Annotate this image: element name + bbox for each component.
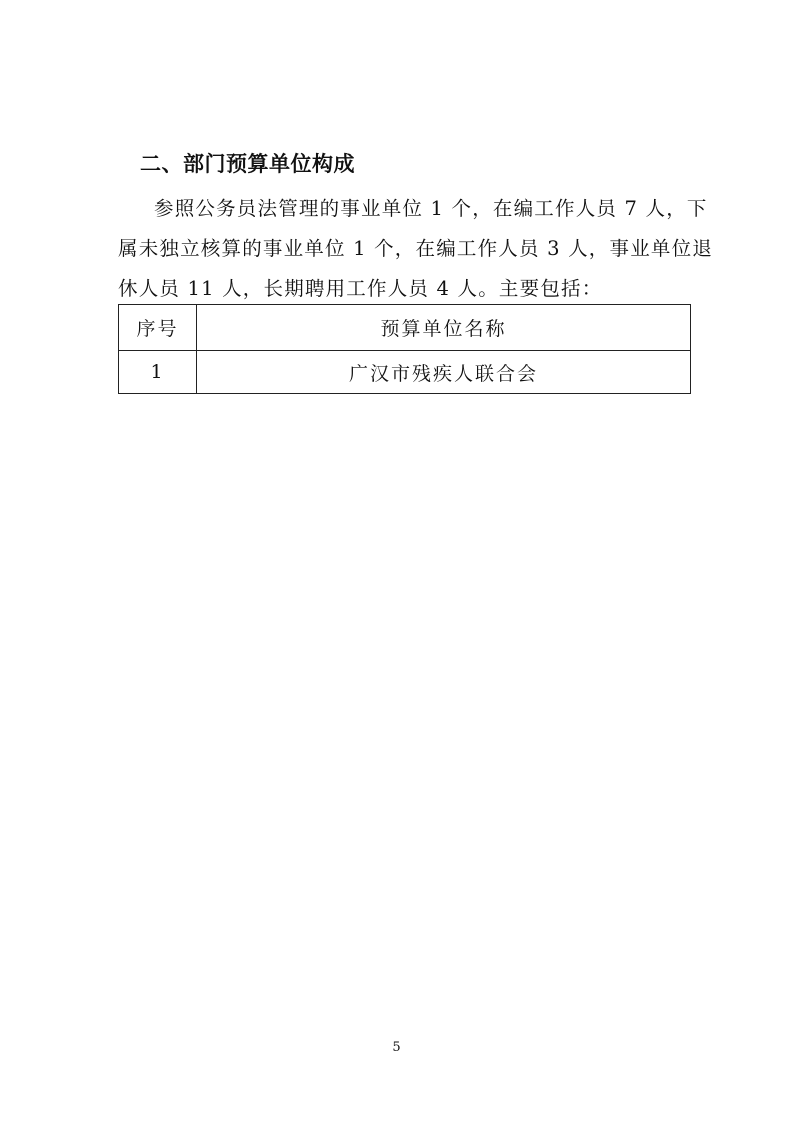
body-paragraph: 参照公务员法管理的事业单位 1 个，在编工作人员 7 人，下 属未独立核算的事业… [118,189,693,309]
cell-serial-number: 1 [119,351,197,394]
header-serial-number: 序号 [119,305,197,351]
section-heading: 二、部门预算单位构成 [140,148,355,178]
paragraph-line: 参照公务员法管理的事业单位 1 个，在编工作人员 7 人，下 [118,189,693,229]
table-header-row: 序号 预算单位名称 [119,305,691,351]
cell-unit-name: 广汉市残疾人联合会 [197,351,691,394]
paragraph-line: 属未独立核算的事业单位 1 个，在编工作人员 3 人，事业单位退 [118,229,693,269]
page-number: 5 [0,1040,793,1055]
budget-units-table: 序号 预算单位名称 1 广汉市残疾人联合会 [118,304,691,394]
table-row: 1 广汉市残疾人联合会 [119,351,691,394]
paragraph-line: 休人员 11 人，长期聘用工作人员 4 人。主要包括： [118,269,693,309]
header-unit-name: 预算单位名称 [197,305,691,351]
